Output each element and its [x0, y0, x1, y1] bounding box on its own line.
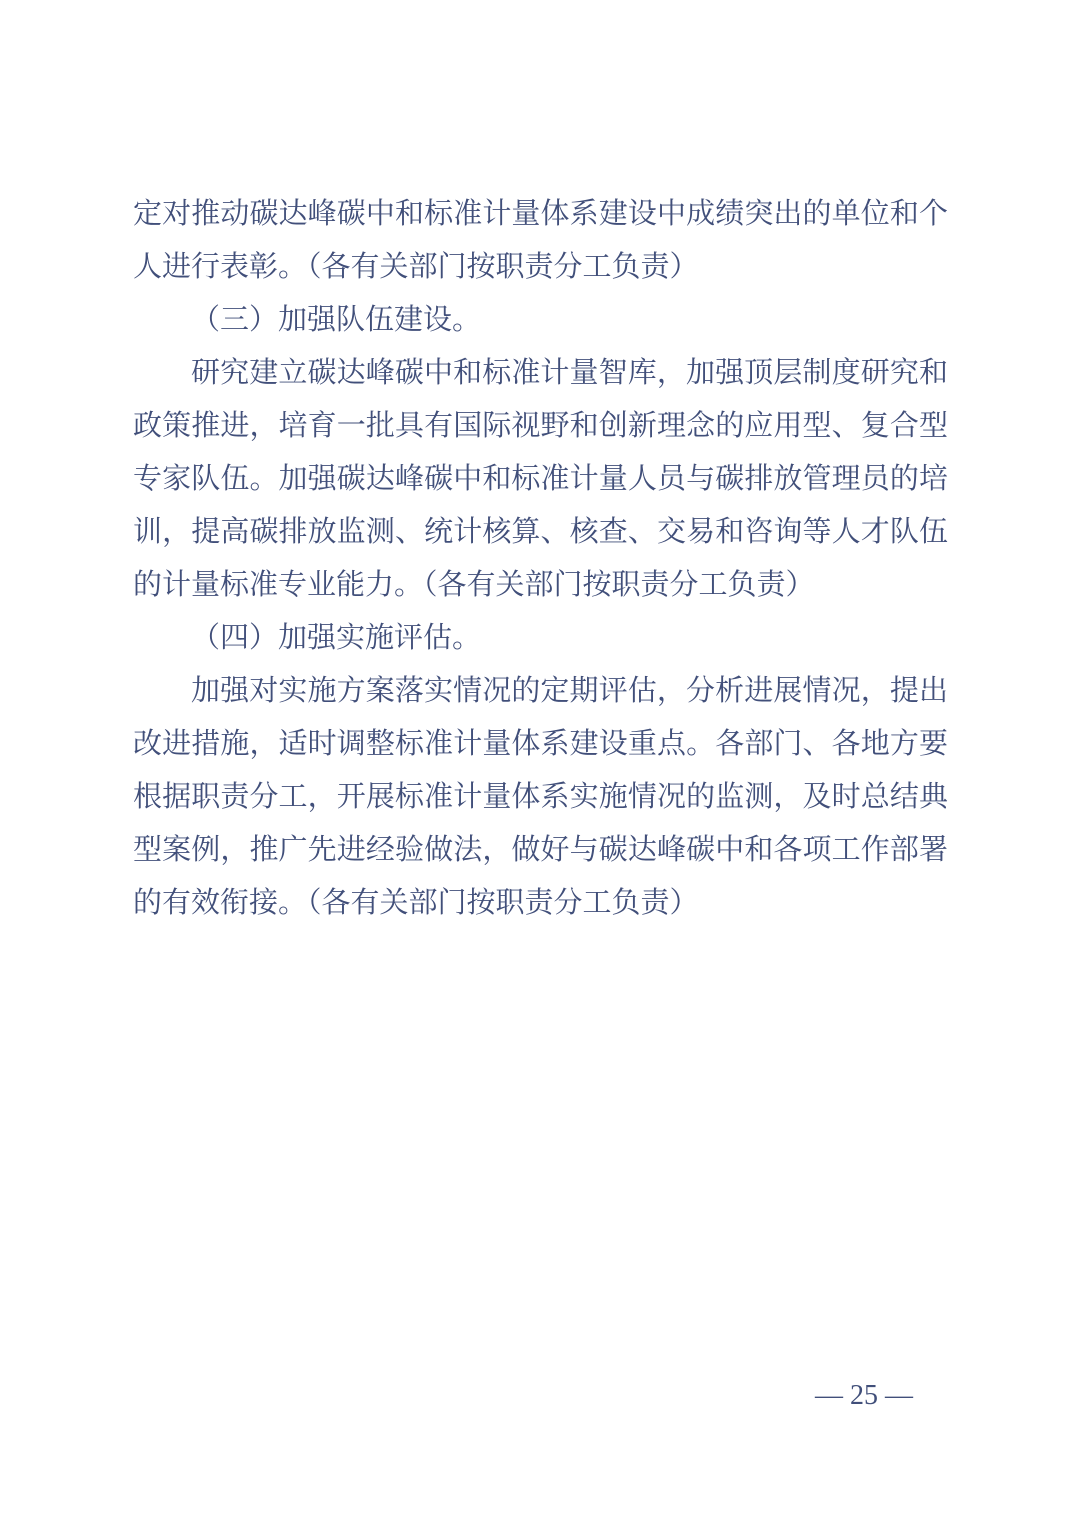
text-line: 的有效衔接。（各有关部门按职责分工负责）: [133, 877, 948, 930]
text-line: 加强对实施方案落实情况的定期评估，分析进展情况，提出: [133, 665, 948, 718]
document-body: 定对推动碳达峰碳中和标准计量体系建设中成绩突出的单位和个人进行表彰。（各有关部门…: [133, 188, 948, 930]
text-line: 政策推进，培育一批具有国际视野和创新理念的应用型、复合型: [133, 400, 948, 453]
text-line: 型案例，推广先进经验做法，做好与碳达峰碳中和各项工作部署: [133, 824, 948, 877]
text-line: 人进行表彰。（各有关部门按职责分工负责）: [133, 241, 948, 294]
document-page: 定对推动碳达峰碳中和标准计量体系建设中成绩突出的单位和个人进行表彰。（各有关部门…: [0, 0, 1080, 1527]
text-line: 定对推动碳达峰碳中和标准计量体系建设中成绩突出的单位和个: [133, 188, 948, 241]
text-line: 研究建立碳达峰碳中和标准计量智库，加强顶层制度研究和: [133, 347, 948, 400]
text-line: 根据职责分工，开展标准计量体系实施情况的监测，及时总结典: [133, 771, 948, 824]
text-line: 改进措施，适时调整标准计量体系建设重点。各部门、各地方要: [133, 718, 948, 771]
text-line: 训，提高碳排放监测、统计核算、核查、交易和咨询等人才队伍: [133, 506, 948, 559]
text-line: 专家队伍。加强碳达峰碳中和标准计量人员与碳排放管理员的培: [133, 453, 948, 506]
text-line: 的计量标准专业能力。（各有关部门按职责分工负责）: [133, 559, 948, 612]
section-heading: （四）加强实施评估。: [133, 612, 948, 665]
page-number: — 25 —: [815, 1378, 913, 1414]
section-heading: （三）加强队伍建设。: [133, 294, 948, 347]
